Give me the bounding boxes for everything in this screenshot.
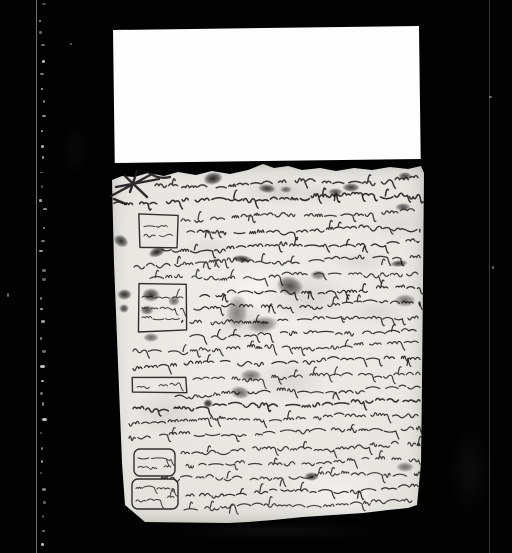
manuscript-page bbox=[108, 163, 426, 525]
film-speck bbox=[43, 100, 46, 103]
ink-blot bbox=[143, 333, 159, 342]
ink-wash bbox=[255, 360, 325, 400]
film-speck bbox=[41, 543, 45, 546]
film-speck bbox=[42, 488, 45, 491]
film-speck bbox=[41, 380, 44, 382]
film-speck bbox=[40, 337, 42, 341]
film-speck bbox=[40, 472, 42, 474]
film-speck bbox=[39, 20, 41, 22]
film-speck bbox=[41, 185, 44, 188]
ink-blot bbox=[395, 203, 411, 211]
film-speck bbox=[42, 60, 45, 63]
ink-wash bbox=[300, 186, 346, 202]
film-speck bbox=[40, 172, 44, 174]
film-speck bbox=[42, 515, 44, 518]
ink-blot bbox=[398, 172, 412, 180]
ink-wash bbox=[330, 252, 390, 272]
film-speck bbox=[43, 501, 46, 504]
ink-blot bbox=[203, 399, 213, 408]
ink-blot bbox=[142, 288, 160, 302]
film-speck bbox=[41, 447, 43, 450]
ink-wash bbox=[215, 298, 270, 343]
ink-blot bbox=[168, 296, 180, 306]
ink-blot bbox=[304, 472, 319, 481]
film-speck bbox=[41, 145, 44, 148]
film-speck bbox=[39, 250, 43, 252]
ink-blot bbox=[117, 289, 132, 300]
film-speck bbox=[42, 418, 47, 421]
film-speck bbox=[40, 365, 44, 368]
film-edge-line-left bbox=[36, 0, 37, 553]
film-speck bbox=[39, 31, 42, 34]
film-speck bbox=[40, 297, 42, 300]
ink-blot bbox=[140, 305, 154, 315]
film-speck bbox=[42, 278, 46, 281]
film-speck bbox=[41, 130, 43, 132]
film-speck bbox=[492, 266, 494, 269]
film-speck bbox=[43, 227, 45, 229]
microfilm-frame bbox=[0, 0, 512, 553]
film-speck bbox=[40, 308, 42, 311]
film-speck bbox=[40, 432, 43, 434]
ink-blot bbox=[119, 304, 129, 313]
film-speck bbox=[42, 156, 45, 159]
film-speck bbox=[42, 402, 44, 406]
film-speck bbox=[39, 199, 42, 202]
ink-wash bbox=[180, 238, 240, 258]
cover-slip bbox=[113, 26, 421, 163]
film-speck bbox=[40, 392, 44, 395]
background-glow bbox=[150, 524, 400, 538]
film-speck bbox=[42, 3, 45, 6]
film-speck bbox=[70, 43, 72, 45]
film-speck bbox=[40, 73, 44, 75]
film-speck bbox=[41, 240, 45, 242]
film-speck bbox=[42, 530, 45, 532]
film-speck bbox=[42, 115, 46, 117]
film-speck bbox=[41, 44, 45, 47]
background-glow bbox=[60, 120, 90, 180]
background-glow bbox=[448, 420, 492, 520]
film-speck bbox=[489, 96, 492, 98]
film-speck bbox=[42, 269, 46, 272]
ink-blot bbox=[396, 462, 414, 472]
film-speck bbox=[7, 293, 9, 297]
film-speck bbox=[43, 208, 47, 210]
film-speck bbox=[41, 88, 44, 90]
film-speck bbox=[41, 460, 43, 463]
ink-wash bbox=[340, 300, 410, 324]
film-speck bbox=[41, 320, 44, 323]
film-speck bbox=[42, 350, 46, 353]
